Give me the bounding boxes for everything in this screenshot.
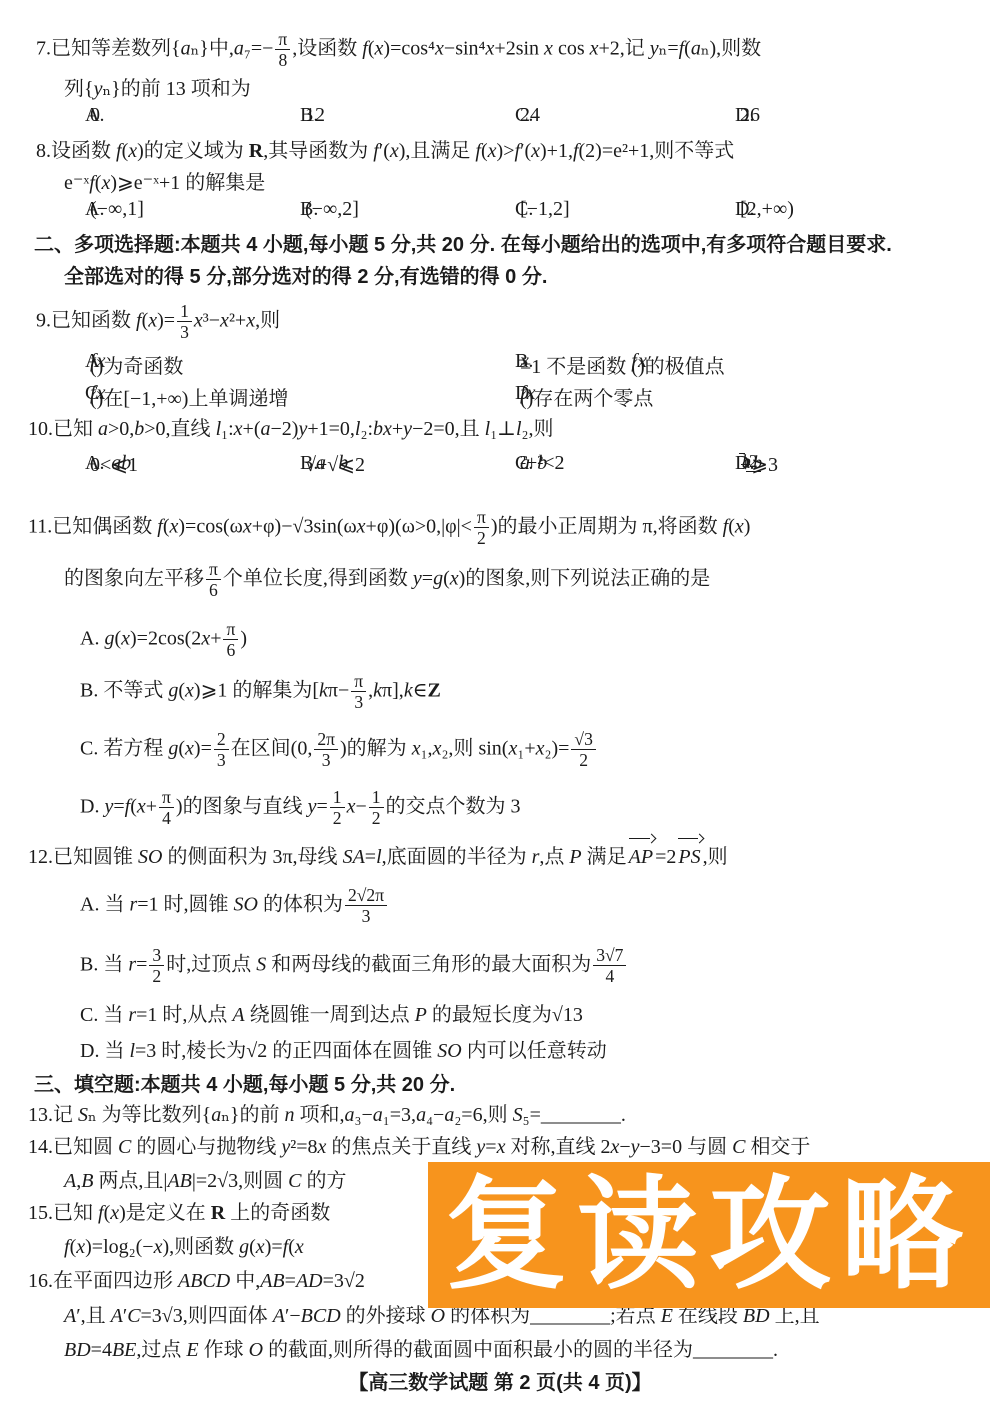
question-16-line-1: 16.在平面四边形 ABCD 中,AB=AD=3√2 bbox=[28, 1266, 365, 1296]
option-b: B. (−∞,2] bbox=[300, 198, 359, 221]
question-12-option-d: D. 当 l=3 时,棱长为√2 的正四面体在圆锥 SO 内可以任意转动 bbox=[80, 1036, 607, 1066]
question-13-line-1: 13.记 Sₙ 为等比数列{aₙ}的前 n 项和,a₃−a₁=3,a₄−a₂=6… bbox=[28, 1100, 626, 1130]
question-11-option-a: A. g(x)=2cos(2x+π6) bbox=[80, 620, 247, 660]
question-11-option-d: D. y=f(x+π4)的图象与直线 y=12x−12的交点个数为 3 bbox=[80, 788, 521, 828]
question-9-options-row-1: A. f(x)为奇函数 B. x=1 不是函数 f(x)的极值点 bbox=[0, 350, 1000, 380]
option-c: C. 24 bbox=[515, 104, 540, 127]
question-11-option-b: B. 不等式 g(x)⩾1 的解集为[kπ−π3,kπ],k∈Z bbox=[80, 672, 441, 712]
option-b: B. x=1 不是函数 f(x)的极值点 bbox=[515, 350, 725, 379]
section-2-header-line-1: 二、多项选择题:本题共 4 小题,每小题 5 分,共 20 分. 在每小题给出的… bbox=[34, 230, 892, 260]
question-12-option-c: C. 当 r=1 时,从点 A 绕圆锥一周到达点 P 的最短长度为√13 bbox=[80, 1000, 583, 1030]
section-3-header: 三、填空题:本题共 4 小题,每小题 5 分,共 20 分. bbox=[34, 1070, 455, 1100]
question-12-stem: 12.已知圆锥 SO 的侧面积为 3π,母线 SA=l,底面圆的半径为 r,点 … bbox=[28, 842, 728, 872]
option-b: B. √a+√b⩽2 bbox=[300, 452, 365, 477]
option-d: D. ba+2b⩾3 bbox=[735, 452, 778, 477]
question-7-line-2: 列{yₙ}的前 13 项和为 bbox=[64, 74, 251, 104]
option-b: B. 12 bbox=[300, 104, 325, 127]
option-c: C. a²+b²<2 bbox=[515, 452, 565, 475]
question-14-line-1: 14.已知圆 C 的圆心与抛物线 y²=8x 的焦点关于直线 y=x 对称,直线… bbox=[28, 1132, 810, 1162]
exam-page: 7.已知等差数列{aₙ}中,a₇=−π8,设函数 f(x)=cos⁴x−sin⁴… bbox=[0, 0, 1000, 1407]
question-11-option-c: C. 若方程 g(x)=23在区间(0,2π3)的解为 x₁,x₂,则 sin(… bbox=[80, 730, 598, 770]
question-10-options: A. 0<ab⩽1 B. √a+√b⩽2 C. a²+b²<2 D. ba+2b… bbox=[0, 452, 1000, 482]
option-d: D. 26 bbox=[735, 104, 760, 127]
watermark-text: 复读攻略 bbox=[445, 1174, 973, 1296]
option-a: A. 0<ab⩽1 bbox=[85, 452, 138, 477]
question-12-option-a: A. 当 r=1 时,圆锥 SO 的体积为2√2π3 bbox=[80, 886, 389, 926]
question-7-options: A. 0 B. 12 C. 24 D. 26 bbox=[0, 104, 1000, 134]
question-8-options: A. (−∞,1] B. (−∞,2] C. [−1,2] D. [2,+∞) bbox=[0, 198, 1000, 228]
question-16-line-3: BD=4BE,过点 E 作球 O 的截面,则所得的截面圆中面积最小的圆的半径为_… bbox=[64, 1335, 778, 1365]
option-a: A. f(x)为奇函数 bbox=[85, 350, 183, 379]
page-footer: 【高三数学试题 第 2 页(共 4 页)】 bbox=[0, 1366, 1000, 1395]
question-11-line-2: 的图象向左平移π6个单位长度,得到函数 y=g(x)的图象,则下列说法正确的是 bbox=[64, 560, 710, 600]
watermark-overlay: 复读攻略 bbox=[428, 1162, 990, 1308]
question-8-line-1: 8.设函数 f(x)的定义域为 R,其导函数为 f′(x),且满足 f(x)>f… bbox=[36, 136, 734, 166]
question-9-stem: 9.已知函数 f(x)=13x³−x²+x,则 bbox=[36, 302, 280, 342]
question-7-line-1: 7.已知等差数列{aₙ}中,a₇=−π8,设函数 f(x)=cos⁴x−sin⁴… bbox=[36, 30, 761, 70]
question-12-option-b: B. 当 r=32时,过顶点 S 和两母线的截面三角形的最大面积为3√74 bbox=[80, 946, 628, 986]
option-a: A. 0 bbox=[85, 104, 100, 127]
option-c: C. f(x)在[−1,+∞)上单调递增 bbox=[85, 382, 288, 411]
question-14-line-2: A,B 两点,且|AB|=2√3,则圆 C 的方 bbox=[64, 1166, 347, 1196]
question-15-line-2: f(x)=log₂(−x),则函数 g(x)=f(x bbox=[64, 1232, 304, 1262]
option-c: C. [−1,2] bbox=[515, 198, 570, 221]
option-d: D. [2,+∞) bbox=[735, 198, 794, 221]
question-10-stem: 10.已知 a>0,b>0,直线 l₁:x+(a−2)y+1=0,l₂:bx+y… bbox=[28, 414, 554, 444]
question-11-line-1: 11.已知偶函数 f(x)=cos(ωx+φ)−√3sin(ωx+φ)(ω>0,… bbox=[28, 508, 750, 548]
question-15-line-1: 15.已知 f(x)是定义在 R 上的奇函数 bbox=[28, 1198, 330, 1228]
section-2-header-line-2: 全部选对的得 5 分,部分选对的得 2 分,有选错的得 0 分. bbox=[64, 262, 547, 292]
option-a: A. (−∞,1] bbox=[85, 198, 144, 221]
question-9-options-row-2: C. f(x)在[−1,+∞)上单调递增 D. f(x)存在两个零点 bbox=[0, 382, 1000, 412]
question-8-line-2: e⁻ˣf(x)⩾e⁻ˣ+1 的解集是 bbox=[64, 168, 265, 198]
option-d: D. f(x)存在两个零点 bbox=[515, 382, 653, 411]
